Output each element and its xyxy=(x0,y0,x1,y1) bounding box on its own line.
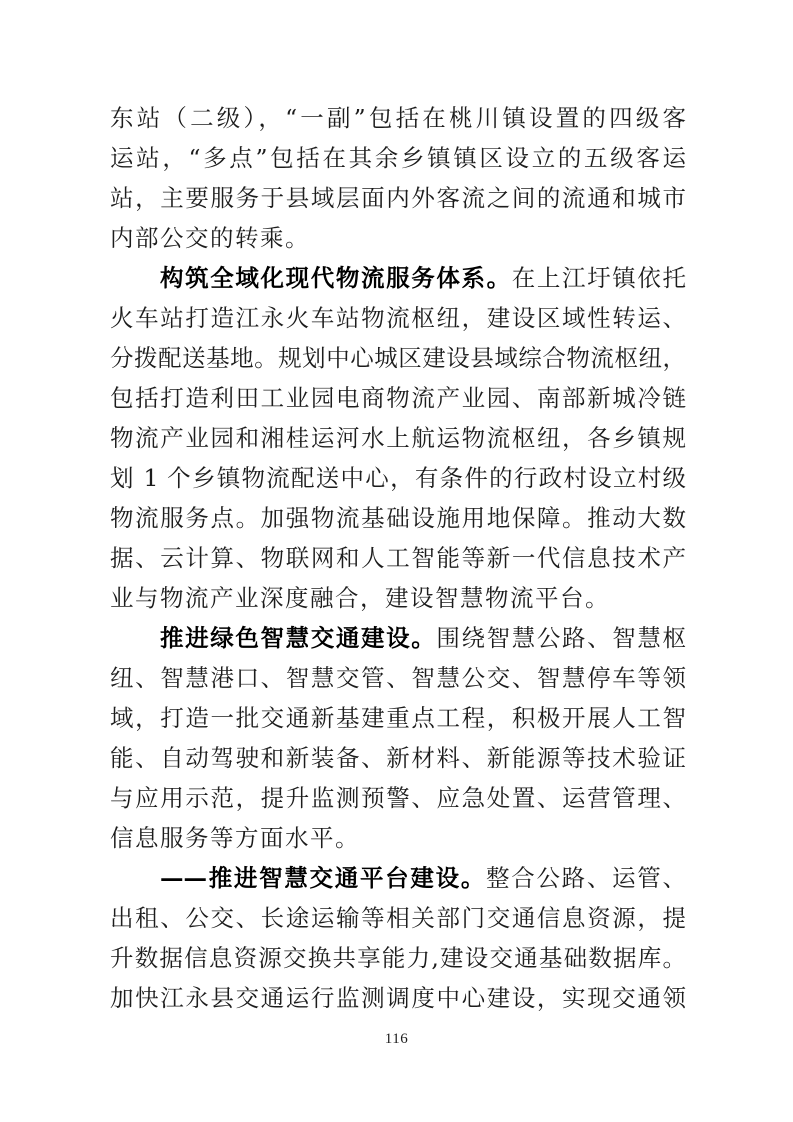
text-run: 围绕智慧公路、智慧枢 xyxy=(436,624,686,652)
text-line: 据、云计算、物联网和人工智能等新一代信息技术产 xyxy=(110,538,686,578)
text-run: 出租、公交、长途运输等相关部门交通信息资源，提 xyxy=(110,904,686,932)
text-run: 在上江圩镇依托 xyxy=(512,264,686,292)
document-page: 东站（二级），“一副”包括在桃川镇设置的四级客运站，“多点”包括在其余乡镇镇区设… xyxy=(0,0,793,1122)
text-run: 加快江永县交通运行监测调度中心建设，实现交通领 xyxy=(110,984,686,1012)
text-line: 能、自动驾驶和新装备、新材料、新能源等技术验证 xyxy=(110,738,686,778)
text-run: 业与物流产业深度融合，建设智慧物流平台。 xyxy=(110,584,610,612)
text-line: 包括打造利田工业园电商物流产业园、南部新城冷链 xyxy=(110,378,686,418)
text-run: 整合公路、运管、 xyxy=(486,864,686,892)
text-line: 出租、公交、长途运输等相关部门交通信息资源，提 xyxy=(110,898,686,938)
text-run: 能、自动驾驶和新装备、新材料、新能源等技术验证 xyxy=(110,744,686,772)
text-line: 火车站打造江永火车站物流枢纽，建设区域性转运、 xyxy=(110,298,686,338)
text-run: 物流服务点。加强物流基础设施用地保障。推动大数 xyxy=(110,504,686,532)
text-line: 域，打造一批交通新基建重点工程，积极开展人工智 xyxy=(110,698,686,738)
text-run: 内部公交的转乘。 xyxy=(110,224,310,252)
text-run: 升数据信息资源交换共享能力,建设交通基础数据库。 xyxy=(110,944,686,972)
text-run: 分拨配送基地。规划中心城区建设县域综合物流枢纽， xyxy=(110,344,686,372)
text-line: 升数据信息资源交换共享能力,建设交通基础数据库。 xyxy=(110,938,686,978)
text-run: 东站（二级），“一副”包括在桃川镇设置的四级客 xyxy=(110,104,686,132)
text-run: 物流产业园和湘桂运河水上航运物流枢纽，各乡镇规 xyxy=(110,424,686,452)
text-line: 划 1 个乡镇物流配送中心，有条件的行政村设立村级 xyxy=(110,458,686,498)
text-line: 推进绿色智慧交通建设。围绕智慧公路、智慧枢 xyxy=(110,618,686,658)
text-line: 构筑全域化现代物流服务体系。在上江圩镇依托 xyxy=(110,258,686,298)
text-line: 分拨配送基地。规划中心城区建设县域综合物流枢纽， xyxy=(110,338,686,378)
text-line: 物流服务点。加强物流基础设施用地保障。推动大数 xyxy=(110,498,686,538)
text-run: 划 1 个乡镇物流配送中心，有条件的行政村设立村级 xyxy=(110,464,686,492)
text-run: 信息服务等方面水平。 xyxy=(110,824,360,852)
document-body: 东站（二级），“一副”包括在桃川镇设置的四级客运站，“多点”包括在其余乡镇镇区设… xyxy=(110,98,686,1018)
bold-lead-run: ——推进智慧交通平台建设。 xyxy=(160,864,486,892)
page-number: 116 xyxy=(0,1031,793,1048)
text-line: 站，主要服务于县域层面内外客流之间的流通和城市 xyxy=(110,178,686,218)
text-run: 火车站打造江永火车站物流枢纽，建设区域性转运、 xyxy=(110,304,686,332)
text-run: 纽、智慧港口、智慧交管、智慧公交、智慧停车等领 xyxy=(110,664,686,692)
text-line: 加快江永县交通运行监测调度中心建设，实现交通领 xyxy=(110,978,686,1018)
text-line: 信息服务等方面水平。 xyxy=(110,818,686,858)
text-line: 东站（二级），“一副”包括在桃川镇设置的四级客 xyxy=(110,98,686,138)
text-run: 据、云计算、物联网和人工智能等新一代信息技术产 xyxy=(110,544,686,572)
text-line: 内部公交的转乘。 xyxy=(110,218,686,258)
bold-lead-run: 构筑全域化现代物流服务体系。 xyxy=(160,264,512,292)
text-line: 纽、智慧港口、智慧交管、智慧公交、智慧停车等领 xyxy=(110,658,686,698)
text-run: 包括打造利田工业园电商物流产业园、南部新城冷链 xyxy=(110,384,686,412)
text-line: 业与物流产业深度融合，建设智慧物流平台。 xyxy=(110,578,686,618)
text-line: 物流产业园和湘桂运河水上航运物流枢纽，各乡镇规 xyxy=(110,418,686,458)
text-line: ——推进智慧交通平台建设。整合公路、运管、 xyxy=(110,858,686,898)
bold-lead-run: 推进绿色智慧交通建设。 xyxy=(160,624,436,652)
text-run: 域，打造一批交通新基建重点工程，积极开展人工智 xyxy=(110,704,686,732)
text-line: 运站，“多点”包括在其余乡镇镇区设立的五级客运 xyxy=(110,138,686,178)
text-run: 与应用示范，提升监测预警、应急处置、运营管理、 xyxy=(110,784,686,812)
text-run: 站，主要服务于县域层面内外客流之间的流通和城市 xyxy=(110,184,686,212)
text-run: 运站，“多点”包括在其余乡镇镇区设立的五级客运 xyxy=(110,144,686,172)
text-line: 与应用示范，提升监测预警、应急处置、运营管理、 xyxy=(110,778,686,818)
